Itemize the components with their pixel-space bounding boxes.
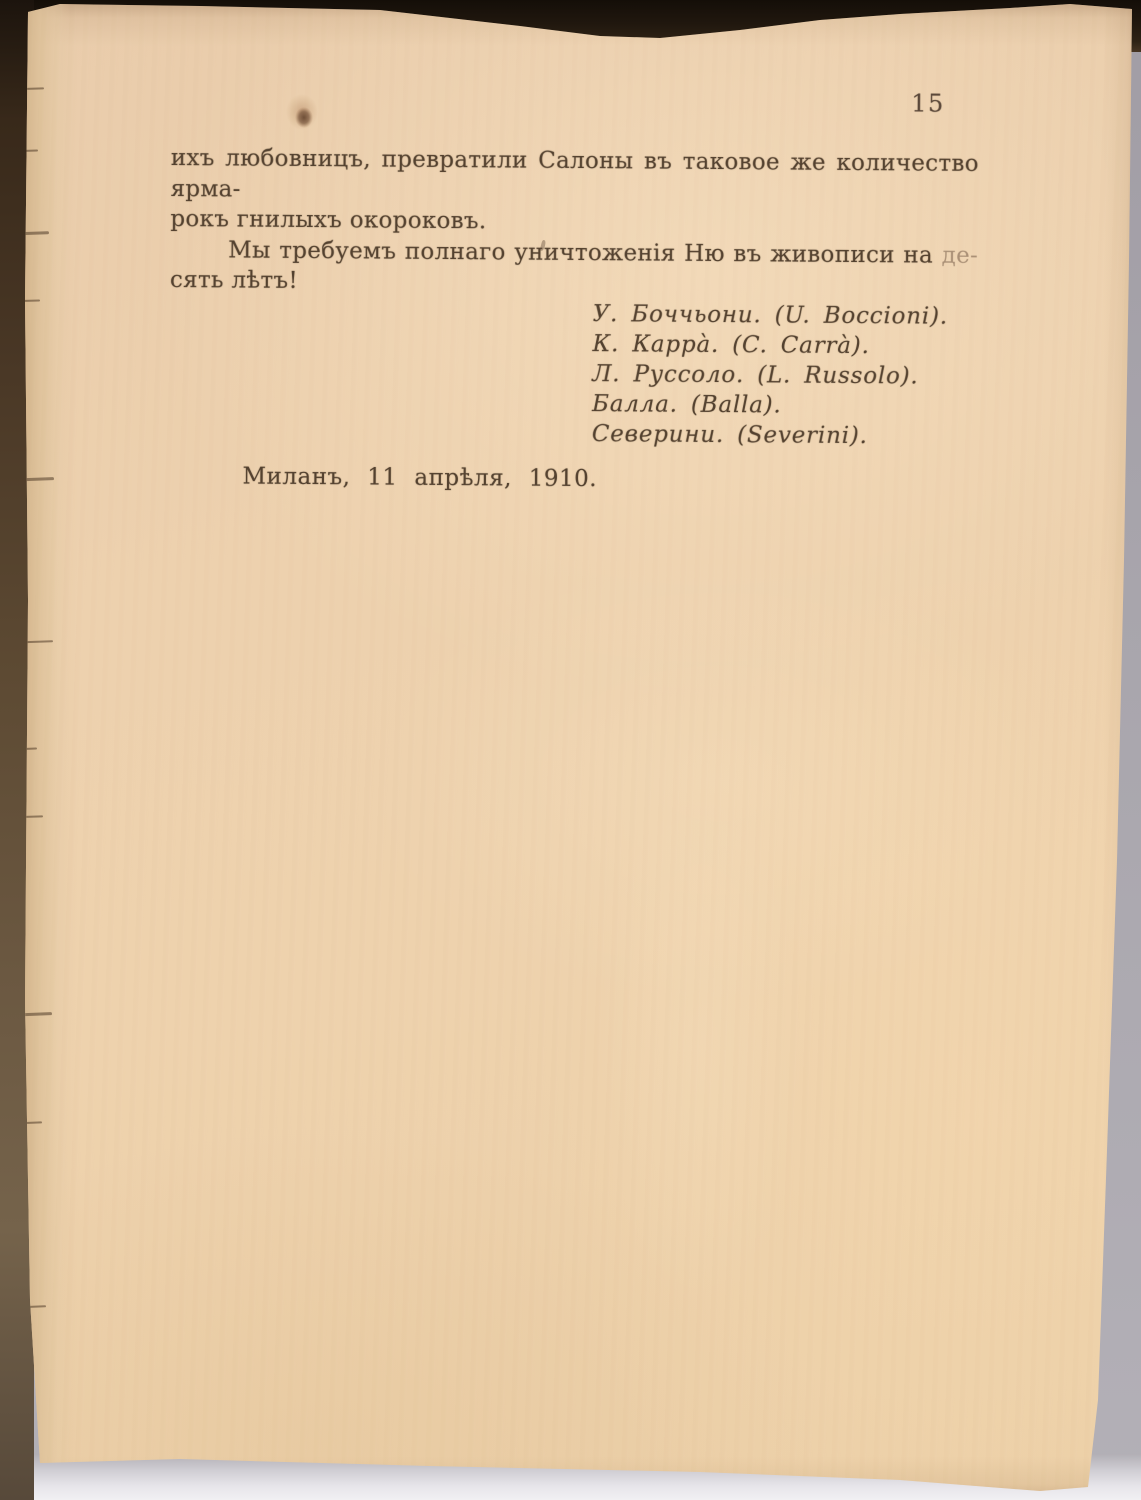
dateline: Миланъ, 11 апрѣля, 1910. (242, 464, 597, 493)
body-text: ихъ любовницъ, превратили Салоны въ тако… (170, 143, 979, 301)
signature-severini: Северини. (Severini). (592, 419, 947, 452)
signature-balla: Балла. (Balla). (592, 389, 947, 422)
paper-stain (295, 107, 313, 128)
body-line-3-text: Мы требуемъ полнаго уничтоженія Ню въ жи… (228, 237, 933, 268)
paper-light-smudge (560, 700, 840, 1400)
page-number: 15 (911, 89, 945, 117)
signature-russolo: Л. Руссоло. (L. Russolo). (592, 359, 947, 392)
body-line-3-faded-hyphenation: де- (942, 242, 979, 268)
signature-boccioni: У. Боччьони. (U. Boccioni). (593, 299, 948, 332)
body-line-4: сять лѣтъ! (170, 265, 978, 301)
signature-carra: К. Каррà. (C. Carrà). (592, 329, 947, 362)
scanned-book-page: 15 ихъ любовницъ, превратили Салоны въ т… (0, 0, 1141, 1500)
paper-page: 15 ихъ любовницъ, превратили Салоны въ т… (0, 0, 1141, 1500)
signatures-block: У. Боччьони. (U. Boccioni). К. Каррà. (C… (592, 299, 948, 452)
body-line-1: ихъ любовницъ, превратили Салоны въ тако… (171, 143, 979, 210)
